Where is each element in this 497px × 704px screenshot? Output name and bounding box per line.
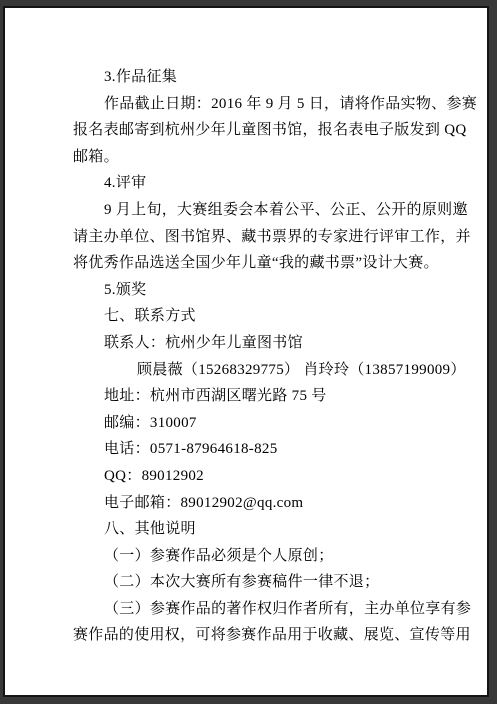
document-line: 作品截止日期：2016 年 9 月 5 日，请将作品实物、参赛 [73,91,429,118]
document-line: 八、其他说明 [73,516,429,543]
document-line: 顾晨薇（15268329775） 肖玲玲（13857199009） [73,357,429,384]
document-line: 邮箱。 [73,144,429,171]
document-line: 邮编：310007 [73,410,429,437]
document-line: QQ：89012902 [73,463,429,490]
document-line: 联系人：杭州少年儿童图书馆 [73,330,429,357]
document-line: 3.作品征集 [73,64,429,91]
document-line: 4.评审 [73,170,429,197]
document-line: 地址：杭州市西湖区曙光路 75 号 [73,383,429,410]
document-line: 赛作品的使用权，可将参赛作品用于收藏、展览、宣传等用 [73,622,429,649]
document-viewer-background: 3.作品征集作品截止日期：2016 年 9 月 5 日，请将作品实物、参赛报名表… [0,0,497,704]
document-body: 3.作品征集作品截止日期：2016 年 9 月 5 日，请将作品实物、参赛报名表… [73,64,429,675]
document-line: 9 月上旬，大赛组委会本着公平、公正、公开的原则邀 [73,197,429,224]
document-line: （二）本次大赛所有参赛稿件一律不退； [73,569,429,596]
document-line: 将优秀作品选送全国少年儿童“我的藏书票”设计大赛。 [73,250,429,277]
document-line: 七、联系方式 [73,303,429,330]
document-line: 报名表邮寄到杭州少年儿童图书馆，报名表电子版发到 QQ [73,117,429,144]
document-page: 3.作品征集作品截止日期：2016 年 9 月 5 日，请将作品实物、参赛报名表… [3,6,489,697]
document-line: 请主办单位、图书馆界、藏书票界的专家进行评审工作，并 [73,224,429,251]
document-line: 电子邮箱：89012902@qq.com [73,490,429,517]
document-line: （三）参赛作品的著作权归作者所有，主办单位享有参 [73,596,429,623]
document-line: 5.颁奖 [73,277,429,304]
document-line: 电话：0571-87964618-825 [73,436,429,463]
document-line: （一）参赛作品必须是个人原创； [73,543,429,570]
